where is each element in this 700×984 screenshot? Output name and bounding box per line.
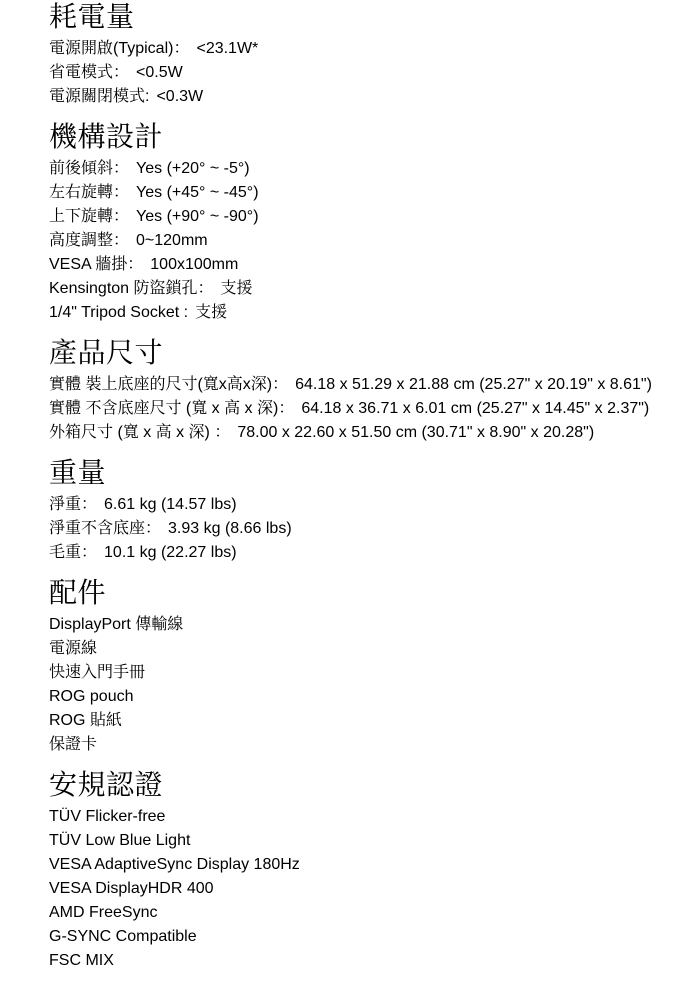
spec-label: 高度調整：	[49, 229, 129, 253]
section-weight: 重量 淨重： 6.61 kg (14.57 lbs) 淨重不含底座： 3.93 …	[49, 457, 686, 565]
section-accessories: 配件 DisplayPort 傳輸線 電源線 快速入門手冊 ROG pouch …	[49, 577, 686, 757]
spec-value: 64.18 x 36.71 x 6.01 cm (25.27" x 14.45"…	[301, 397, 649, 421]
section-certifications: 安規認證 TÜV Flicker-free TÜV Low Blue Light…	[49, 769, 686, 973]
spec-row: 實體 裝上底座的尺寸(寬x高x深)： 64.18 x 51.29 x 21.88…	[49, 373, 686, 397]
spec-row: 前後傾斜： Yes (+20° ~ -5°)	[49, 157, 686, 181]
spec-row: 省電模式： <0.5W	[49, 61, 686, 85]
spec-label: 外箱尺寸 (寬 x 高 x 深) ：	[49, 421, 230, 445]
section-title-certifications: 安規認證	[49, 769, 686, 801]
spec-row: 實體 不含底座尺寸 (寬 x 高 x 深)： 64.18 x 36.71 x 6…	[49, 397, 686, 421]
spec-label: 電源關閉模式:	[49, 85, 149, 109]
spec-sheet: 耗電量 電源開啟(Typical)： <23.1W* 省電模式： <0.5W 電…	[0, 0, 700, 973]
accessory-item: ROG pouch	[49, 685, 686, 709]
section-title-mechanical-design: 機構設計	[49, 121, 686, 153]
spec-row: 高度調整： 0~120mm	[49, 229, 686, 253]
spec-value: 100x100mm	[150, 253, 238, 277]
spec-row: 淨重不含底座： 3.93 kg (8.66 lbs)	[49, 517, 686, 541]
accessory-item: 快速入門手冊	[49, 661, 686, 685]
spec-value: 3.93 kg (8.66 lbs)	[168, 517, 292, 541]
spec-row: VESA 牆掛： 100x100mm	[49, 253, 686, 277]
spec-value: <0.5W	[136, 61, 183, 85]
spec-value: Yes (+90° ~ -90°)	[136, 205, 259, 229]
certification-item: AMD FreeSync	[49, 901, 686, 925]
spec-row: 電源關閉模式: <0.3W	[49, 85, 686, 109]
spec-label: 淨重不含底座：	[49, 517, 161, 541]
section-title-power-consumption: 耗電量	[49, 1, 686, 33]
spec-value: Yes (+20° ~ -5°)	[136, 157, 250, 181]
section-title-accessories: 配件	[49, 577, 686, 609]
accessory-item: 電源線	[49, 637, 686, 661]
spec-value: 64.18 x 51.29 x 21.88 cm (25.27" x 20.19…	[295, 373, 652, 397]
section-title-product-dimensions: 產品尺寸	[49, 337, 686, 369]
spec-label: 實體 裝上底座的尺寸(寬x高x深)：	[49, 373, 288, 397]
certification-item: VESA AdaptiveSync Display 180Hz	[49, 853, 686, 877]
spec-row: 上下旋轉： Yes (+90° ~ -90°)	[49, 205, 686, 229]
spec-label: 毛重：	[49, 541, 97, 565]
accessory-item: 保證卡	[49, 733, 686, 757]
spec-row: 毛重： 10.1 kg (22.27 lbs)	[49, 541, 686, 565]
spec-value: 10.1 kg (22.27 lbs)	[104, 541, 237, 565]
spec-value: <23.1W*	[196, 37, 258, 61]
spec-row: 1/4" Tripod Socket : 支援	[49, 301, 686, 325]
spec-value: 78.00 x 22.60 x 51.50 cm (30.71" x 8.90"…	[237, 421, 594, 445]
spec-label: 實體 不含底座尺寸 (寬 x 高 x 深)：	[49, 397, 294, 421]
spec-label: 左右旋轉：	[49, 181, 129, 205]
spec-value: 支援	[195, 301, 227, 325]
spec-value: 0~120mm	[136, 229, 208, 253]
spec-label: 上下旋轉：	[49, 205, 129, 229]
certification-item: FSC MIX	[49, 949, 686, 973]
spec-row: 左右旋轉： Yes (+45° ~ -45°)	[49, 181, 686, 205]
section-power-consumption: 耗電量 電源開啟(Typical)： <23.1W* 省電模式： <0.5W 電…	[49, 1, 686, 109]
accessory-item: DisplayPort 傳輸線	[49, 613, 686, 637]
spec-value: 6.61 kg (14.57 lbs)	[104, 493, 237, 517]
spec-label: VESA 牆掛：	[49, 253, 143, 277]
spec-label: Kensington 防盜鎖孔：	[49, 277, 214, 301]
certification-item: TÜV Flicker-free	[49, 805, 686, 829]
spec-value: <0.3W	[156, 85, 203, 109]
spec-label: 省電模式：	[49, 61, 129, 85]
section-product-dimensions: 產品尺寸 實體 裝上底座的尺寸(寬x高x深)： 64.18 x 51.29 x …	[49, 337, 686, 445]
spec-label: 1/4" Tripod Socket :	[49, 301, 188, 325]
spec-value: Yes (+45° ~ -45°)	[136, 181, 259, 205]
certification-item: VESA DisplayHDR 400	[49, 877, 686, 901]
spec-label: 淨重：	[49, 493, 97, 517]
accessory-item: ROG 貼紙	[49, 709, 686, 733]
certification-item: G-SYNC Compatible	[49, 925, 686, 949]
spec-label: 前後傾斜：	[49, 157, 129, 181]
certification-item: TÜV Low Blue Light	[49, 829, 686, 853]
section-title-weight: 重量	[49, 457, 686, 489]
spec-row: Kensington 防盜鎖孔： 支援	[49, 277, 686, 301]
spec-row: 淨重： 6.61 kg (14.57 lbs)	[49, 493, 686, 517]
spec-row: 電源開啟(Typical)： <23.1W*	[49, 37, 686, 61]
spec-value: 支援	[221, 277, 253, 301]
spec-label: 電源開啟(Typical)：	[49, 37, 189, 61]
spec-row: 外箱尺寸 (寬 x 高 x 深) ： 78.00 x 22.60 x 51.50…	[49, 421, 686, 445]
section-mechanical-design: 機構設計 前後傾斜： Yes (+20° ~ -5°) 左右旋轉： Yes (+…	[49, 121, 686, 325]
